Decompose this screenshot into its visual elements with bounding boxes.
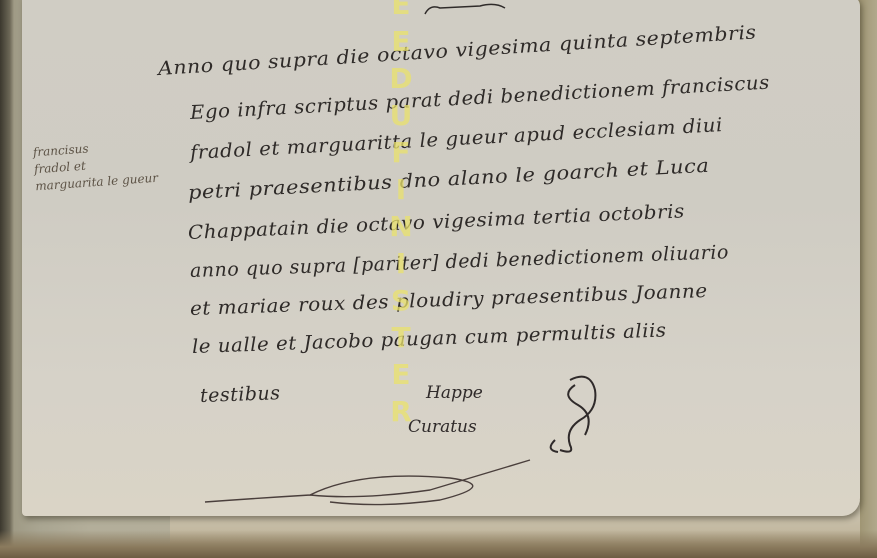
watermark-letter: U <box>389 97 413 134</box>
watermark-letter: F <box>389 134 413 171</box>
watermark-letter: T <box>389 319 413 356</box>
watermark-letter: E <box>389 0 413 23</box>
signature-paraph-icon <box>540 370 610 460</box>
watermark-letter: I <box>389 245 413 282</box>
watermark-letter: E <box>389 356 413 393</box>
watermark-letter: S <box>389 282 413 319</box>
watermark-letter: D <box>389 60 413 97</box>
top-flourish-stroke <box>420 0 510 20</box>
archive-watermark: E E D U F I N I S T E R <box>389 0 413 430</box>
watermark-letter: R <box>389 393 413 430</box>
signature-name: Happe <box>408 376 483 410</box>
binding-shadow <box>0 0 14 558</box>
watermark-letter: E <box>389 23 413 60</box>
bottom-flourish-stroke <box>200 440 540 520</box>
signature-title: Curatus <box>408 410 483 444</box>
curate-signature: Happe Curatus <box>408 376 483 444</box>
watermark-letter: N <box>389 208 413 245</box>
bottom-edge-shadow <box>0 530 877 558</box>
margin-note: francisus fradol et marguarita le gueur <box>32 136 158 195</box>
watermark-letter: I <box>389 171 413 208</box>
entry-line-9: testibus <box>200 382 281 407</box>
